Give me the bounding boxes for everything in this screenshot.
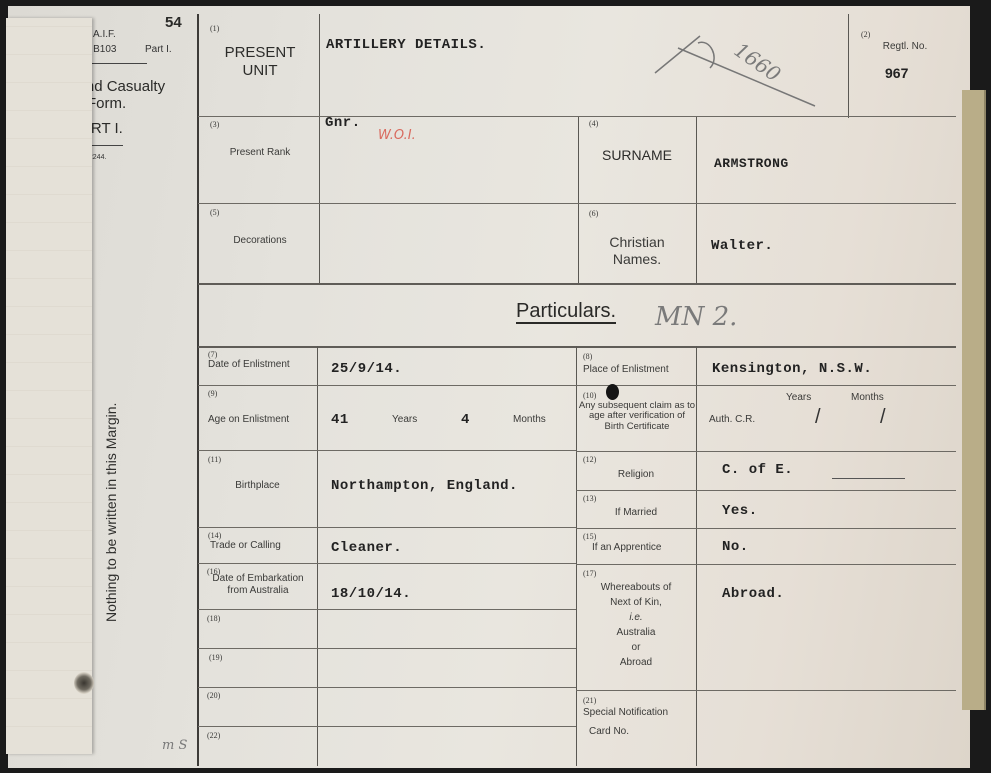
divider bbox=[576, 528, 956, 529]
field-number-15: (15) bbox=[583, 532, 596, 541]
special-notification-label-1: Special Notification bbox=[583, 707, 668, 718]
whereabouts-label: Whereabouts of Next of Kin, i.e. Austral… bbox=[578, 580, 694, 670]
claim-years-label: Years bbox=[786, 392, 811, 403]
particulars-pencil-annotation: MN 2. bbox=[655, 302, 737, 332]
field-number-11: (11) bbox=[208, 455, 221, 464]
pencil-scribble-icon bbox=[650, 28, 820, 108]
whereabouts-value[interactable]: Abroad. bbox=[722, 586, 784, 602]
punch-hole bbox=[74, 672, 94, 694]
field-number-1: (1) bbox=[210, 24, 219, 33]
divider bbox=[198, 609, 576, 610]
field-number-12: (12) bbox=[583, 455, 596, 464]
embarkation-value[interactable]: 18/10/14. bbox=[331, 586, 411, 602]
if-married-value[interactable]: Yes. bbox=[722, 503, 758, 519]
subsequent-claim-label: Any subsequent claim as to age after ver… bbox=[578, 401, 696, 432]
apprentice-label: If an Apprentice bbox=[592, 542, 662, 553]
whereabouts-line-3: i.e. bbox=[578, 610, 694, 625]
field-number-22: (22) bbox=[207, 731, 220, 740]
religion-value[interactable]: C. of E. bbox=[722, 462, 793, 478]
christian-names-value[interactable]: Walter. bbox=[711, 238, 773, 254]
regtl-pencil-annotation: 1660 bbox=[650, 28, 820, 108]
date-of-enlistment-value[interactable]: 25/9/14. bbox=[331, 361, 402, 377]
field-number-5: (5) bbox=[210, 208, 219, 217]
field-number-13: (13) bbox=[583, 494, 596, 503]
special-notification-label-2: Card No. bbox=[589, 726, 629, 737]
part-rule bbox=[91, 145, 123, 146]
divider bbox=[576, 690, 956, 691]
rank-red-annotation: W.O.I. bbox=[378, 128, 416, 143]
claim-months-label: Months bbox=[851, 392, 884, 403]
christian-names-label: Christian Names. bbox=[592, 234, 682, 268]
whereabouts-line-2: Next of Kin, bbox=[578, 595, 694, 610]
place-of-enlistment-value[interactable]: Kensington, N.S.W. bbox=[712, 361, 872, 377]
divider bbox=[198, 116, 956, 117]
field-number-3: (3) bbox=[210, 120, 219, 129]
field-number-6: (6) bbox=[589, 209, 598, 218]
divider bbox=[576, 564, 956, 565]
auth-cr-label: Auth. C.R. bbox=[709, 414, 755, 425]
field-number-10: (10) bbox=[583, 391, 596, 400]
divider bbox=[198, 450, 576, 451]
torn-right-edge bbox=[962, 90, 986, 710]
age-on-enlistment-label: Age on Enlistment bbox=[208, 414, 289, 425]
age-months-label: Months bbox=[513, 414, 546, 425]
decorations-label: Decorations bbox=[205, 235, 315, 247]
whereabouts-line-6: Abroad bbox=[578, 655, 694, 670]
date-of-enlistment-label: Date of Enlistment bbox=[208, 359, 290, 370]
field-number-4: (4) bbox=[589, 119, 598, 128]
form-title-line2: Form. bbox=[87, 95, 126, 112]
divider bbox=[198, 726, 576, 727]
divider bbox=[696, 116, 697, 284]
religion-underline bbox=[832, 478, 905, 479]
religion-label: Religion bbox=[580, 469, 692, 481]
divider bbox=[198, 648, 576, 649]
field-number-17: (17) bbox=[583, 569, 596, 578]
trade-label: Trade or Calling bbox=[210, 540, 281, 551]
field-number-18: (18) bbox=[207, 614, 220, 623]
if-married-label: If Married bbox=[580, 507, 692, 519]
field-number-7: (7) bbox=[208, 350, 217, 359]
particulars-heading: Particulars. bbox=[516, 300, 616, 324]
divider bbox=[576, 451, 956, 452]
margin-pencil-mark: m S bbox=[162, 738, 187, 753]
form-part: Part I. bbox=[145, 44, 172, 55]
field-number-19: (19) bbox=[209, 653, 222, 662]
margin-note: Nothing to be written in this Margin. bbox=[103, 322, 121, 622]
divider bbox=[848, 14, 849, 118]
ink-blot-icon bbox=[606, 384, 619, 400]
divider bbox=[198, 346, 956, 348]
field-number-9: (9) bbox=[208, 389, 217, 398]
divider bbox=[198, 687, 576, 688]
birthplace-label: Birthplace bbox=[205, 480, 310, 492]
present-rank-value[interactable]: Gnr. bbox=[325, 115, 361, 131]
surname-label: SURNAME bbox=[582, 147, 692, 164]
claim-months-value[interactable]: / bbox=[880, 406, 886, 429]
place-of-enlistment-label: Place of Enlistment bbox=[583, 364, 669, 375]
apprentice-value[interactable]: No. bbox=[722, 539, 749, 555]
form-org: A.I.F. bbox=[93, 29, 116, 40]
field-number-14: (14) bbox=[208, 531, 221, 540]
divider bbox=[198, 527, 576, 528]
regtl-no-value[interactable]: 967 bbox=[885, 65, 908, 81]
divider bbox=[198, 385, 576, 386]
divider bbox=[696, 346, 697, 766]
surname-value[interactable]: ARMSTRONG bbox=[714, 156, 789, 171]
divider bbox=[576, 346, 577, 766]
divider bbox=[576, 490, 956, 491]
divider bbox=[198, 563, 576, 564]
whereabouts-line-1: Whereabouts of bbox=[578, 580, 694, 595]
field-number-2: (2) bbox=[861, 30, 870, 39]
present-unit-value[interactable]: ARTILLERY DETAILS. bbox=[326, 37, 486, 53]
whereabouts-line-5: or bbox=[578, 640, 694, 655]
left-cover-flap bbox=[6, 18, 92, 754]
embarkation-label: Date of Embarkation from Australia bbox=[203, 573, 313, 596]
whereabouts-line-4: Australia bbox=[578, 625, 694, 640]
page-number: 54 bbox=[165, 14, 182, 31]
birthplace-value[interactable]: Northampton, England. bbox=[331, 478, 518, 494]
field-number-20: (20) bbox=[207, 691, 220, 700]
divider bbox=[317, 346, 318, 766]
present-rank-label: Present Rank bbox=[205, 147, 315, 159]
divider bbox=[319, 14, 320, 284]
trade-value[interactable]: Cleaner. bbox=[331, 540, 402, 556]
divider bbox=[198, 283, 956, 285]
claim-years-value[interactable]: / bbox=[815, 406, 821, 429]
divider bbox=[578, 116, 579, 284]
regtl-no-label: Regtl. No. bbox=[870, 41, 940, 53]
age-years-value[interactable]: 41 bbox=[331, 412, 349, 428]
present-unit-label: PRESENT UNIT bbox=[218, 44, 302, 80]
field-number-21: (21) bbox=[583, 696, 596, 705]
field-number-8: (8) bbox=[583, 352, 592, 361]
divider bbox=[576, 385, 956, 386]
age-years-label: Years bbox=[392, 414, 417, 425]
margin-note-text: Nothing to be written in this Margin. bbox=[103, 403, 119, 622]
age-months-value[interactable]: 4 bbox=[461, 412, 470, 428]
frame-left-border bbox=[197, 14, 199, 766]
divider bbox=[198, 203, 956, 204]
